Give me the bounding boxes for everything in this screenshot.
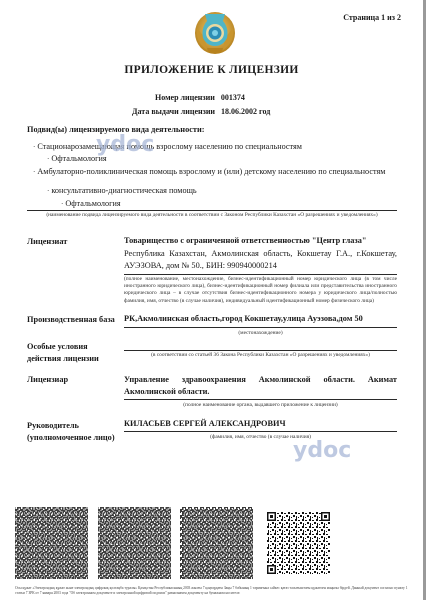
- licensor-label: Лицензиар: [27, 374, 68, 386]
- bullet-icon: ·: [61, 200, 63, 208]
- divider: [124, 399, 397, 400]
- page-indicator: Страница 1 из 2: [343, 13, 401, 22]
- subtype-item: ·консультативно-диагностическая помощь: [47, 186, 197, 195]
- barcode-2d-icon: [180, 507, 253, 579]
- licensee-label: Лицензиат: [27, 236, 67, 248]
- special-conditions-note: (в соответствии со статьей 36 Закона Рес…: [124, 352, 397, 359]
- licensee-name: Товарищество с ограниченной ответственно…: [124, 236, 367, 245]
- subtype-item: ·Амбулаторно-поликлиническая помощь взро…: [33, 167, 385, 176]
- document-title: ПРИЛОЖЕНИЕ К ЛИЦЕНЗИИ: [0, 64, 423, 76]
- electronic-document-notice: Осы құжат «Электрондық құжат және электр…: [15, 586, 410, 595]
- qr-code-icon: [267, 512, 330, 574]
- head-note: (фамилия, имя, отчество (в случае наличи…: [124, 434, 397, 441]
- licensor-note: (полное наименование органа, выдавшего п…: [124, 402, 397, 409]
- issue-date-value: 18.06.2002 год: [221, 107, 270, 116]
- license-number-value: 001374: [221, 93, 245, 102]
- licensor-value: Управление здравоохранения Акмолинской о…: [124, 374, 397, 398]
- signature-codes: [15, 507, 335, 591]
- license-number-label: Номер лицензии: [155, 93, 215, 102]
- production-base-note: (местонахождение): [124, 330, 397, 337]
- subtypes-note: (наименование подвида лицензируемого вид…: [27, 212, 397, 219]
- subtype-item: ·Стационарозамещающая помощь взрослому н…: [33, 142, 302, 151]
- divider: [124, 274, 397, 275]
- divider: [124, 350, 397, 351]
- bullet-icon: ·: [47, 187, 49, 195]
- state-emblem-icon: [193, 8, 237, 56]
- production-base-label: Производственная база: [27, 314, 115, 326]
- licensee-note: (полное наименование, местонахождение, б…: [124, 276, 397, 305]
- bullet-icon: ·: [33, 143, 35, 151]
- barcode-2d-icon: [15, 507, 88, 579]
- license-number-row: Номер лицензии001374: [155, 93, 245, 102]
- watermark: ydoc: [96, 132, 154, 157]
- barcode-2d-icon: [98, 507, 171, 579]
- divider: [124, 327, 397, 328]
- bullet-icon: ·: [47, 155, 49, 163]
- divider: [124, 431, 397, 432]
- head-label: Руководитель (уполномоченное лицо): [27, 420, 115, 444]
- bullet-icon: ·: [33, 168, 35, 176]
- issue-date-label: Дата выдачи лицензии: [132, 107, 215, 116]
- license-appendix-page: Страница 1 из 2 ПРИЛОЖЕНИЕ К ЛИЦЕНЗИИ Но…: [0, 0, 426, 600]
- licensee-address: Республика Казахстан, Акмолинская област…: [124, 248, 397, 272]
- issue-date-row: Дата выдачи лицензии18.06.2002 год: [132, 107, 270, 116]
- divider: [27, 210, 397, 211]
- special-conditions-label: Особые условия действия лицензии: [27, 341, 99, 365]
- head-value: КИЛАСЬЕВ СЕРГЕЙ АЛЕКСАНДРОВИЧ: [124, 419, 286, 428]
- subtype-item: ·Офтальмология: [61, 199, 121, 208]
- production-base-value: РК,Акмолинская область,город Кокшетау,ул…: [124, 314, 363, 323]
- watermark: ydoc: [293, 438, 351, 463]
